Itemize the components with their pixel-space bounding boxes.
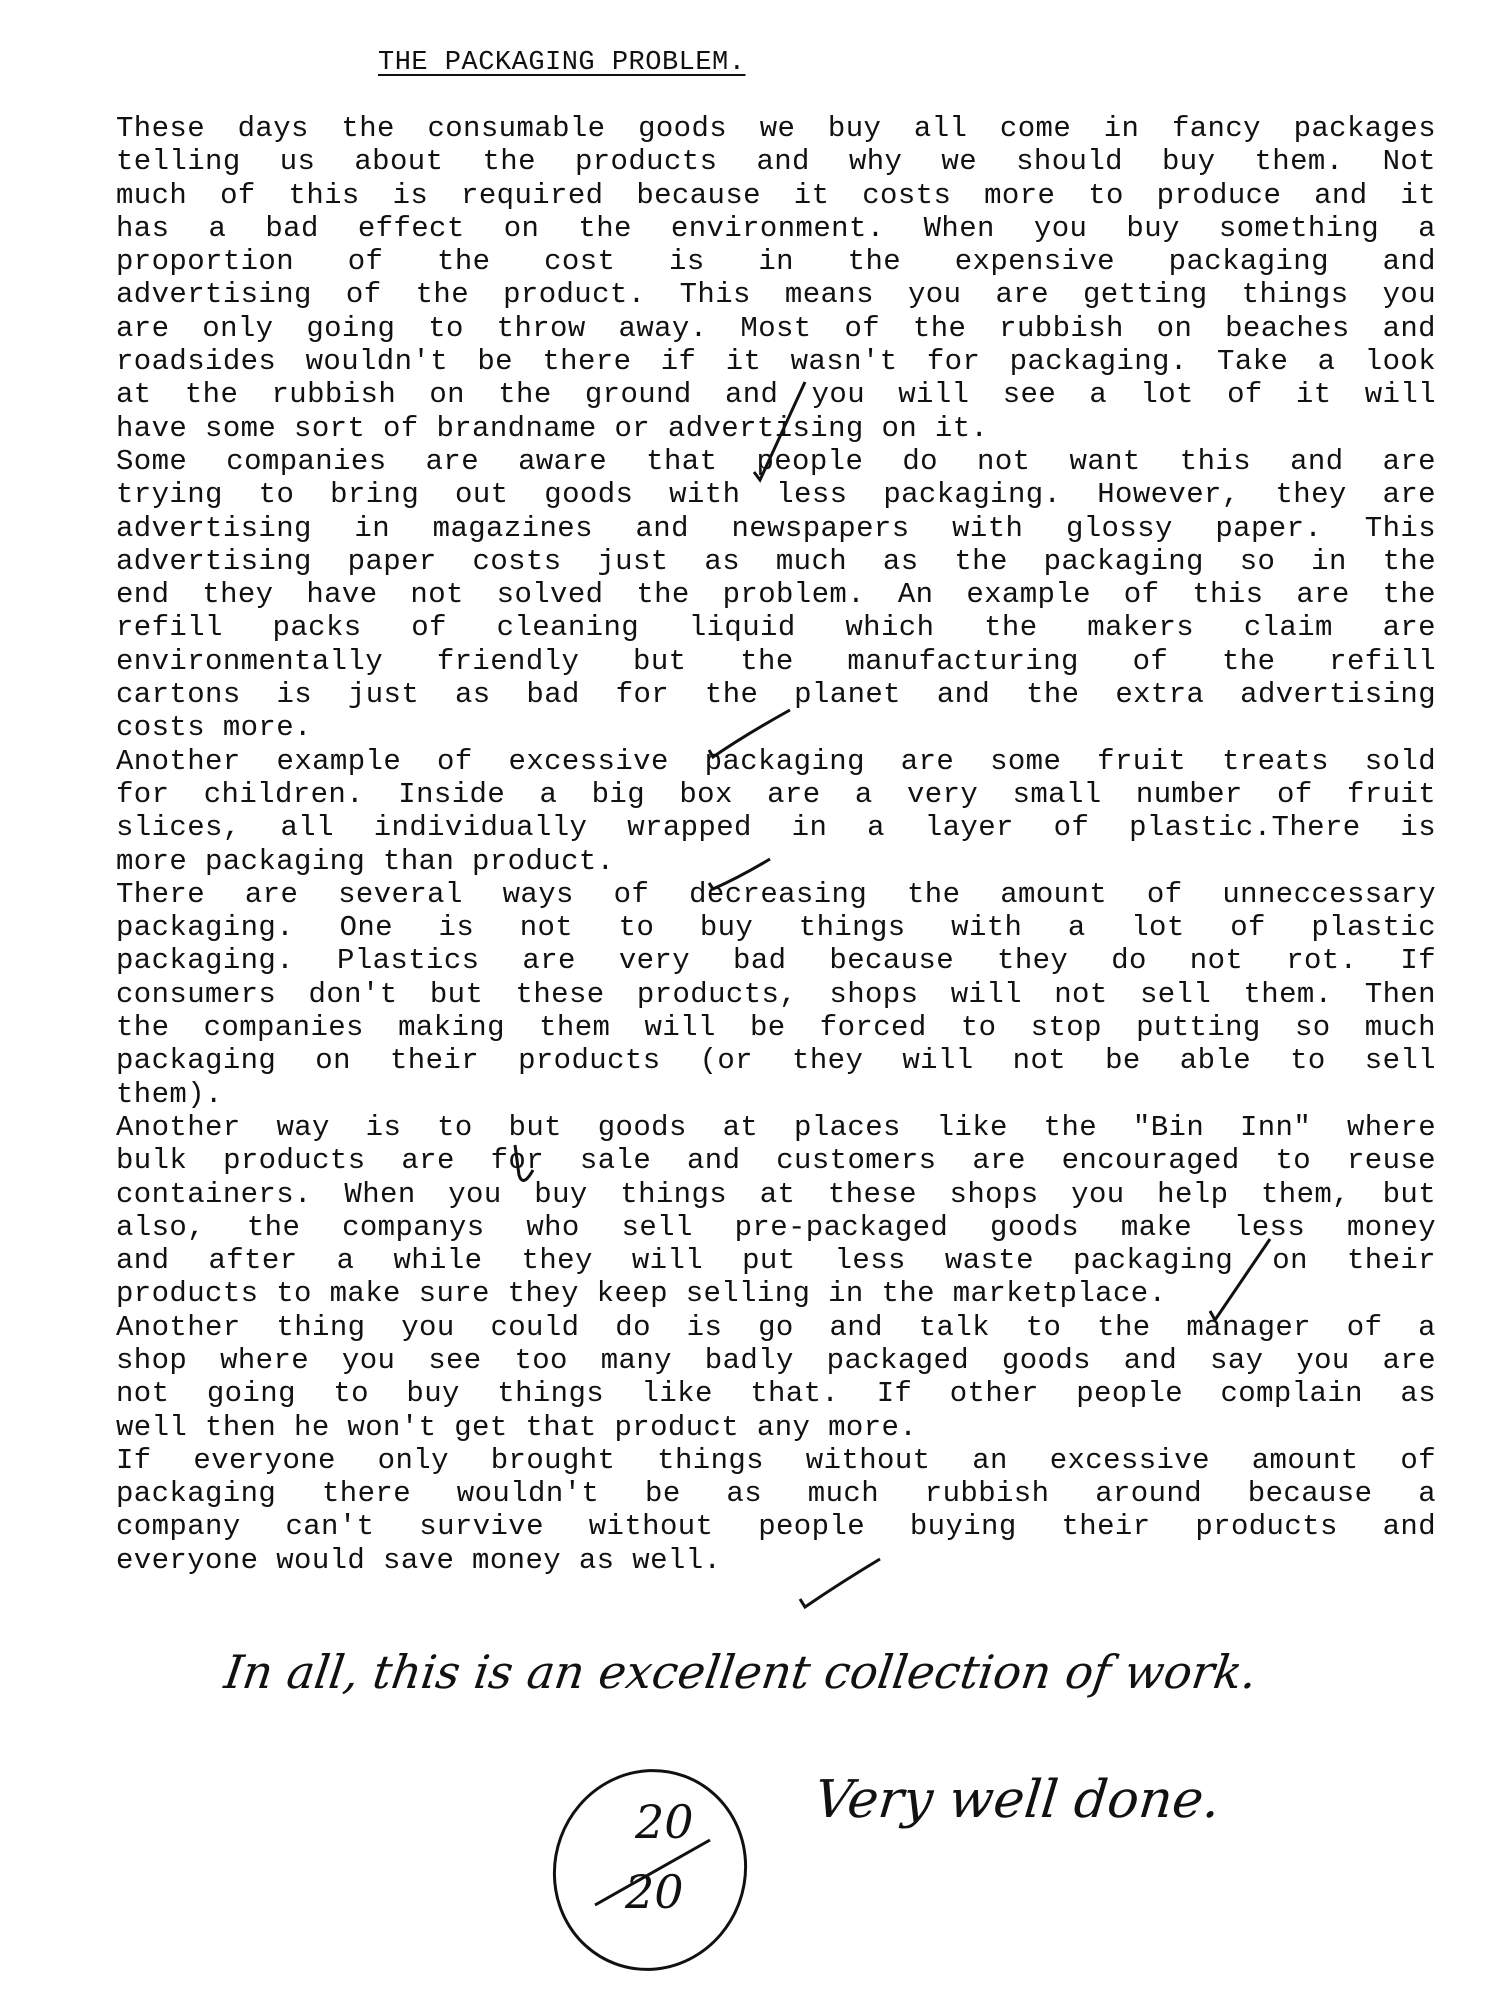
text-line: environmentally friendly but the manufac… bbox=[116, 645, 1436, 678]
correction-tick-icon bbox=[705, 705, 795, 765]
text-line: roadsides wouldn't be there if it wasn't… bbox=[116, 345, 1436, 378]
text-line: are only going to throw away. Most of th… bbox=[116, 312, 1436, 345]
text-line: proportion of the cost is in the expensi… bbox=[116, 245, 1436, 278]
text-line: There are several ways of decreasing the… bbox=[116, 878, 1436, 911]
text-line: them). bbox=[116, 1078, 1436, 1111]
text-line: well then he won't get that product any … bbox=[116, 1411, 1436, 1444]
text-line: packaging on their products (or they wil… bbox=[116, 1044, 1436, 1077]
text-line: These days the consumable goods we buy a… bbox=[116, 112, 1436, 145]
text-line: consumers don't but these products, shop… bbox=[116, 978, 1436, 1011]
text-line: much of this is required because it cost… bbox=[116, 179, 1436, 212]
grade-total: 20 bbox=[625, 1865, 684, 1919]
text-line: company can't survive without people buy… bbox=[116, 1510, 1436, 1543]
text-line: for children. Inside a big box are a ver… bbox=[116, 778, 1436, 811]
text-line: advertising in magazines and newspapers … bbox=[116, 512, 1436, 545]
text-line: packaging. Plastics are very bad because… bbox=[116, 944, 1436, 977]
grade-circle: 20 20 bbox=[540, 1755, 780, 1975]
text-line: packaging there wouldn't be as much rubb… bbox=[116, 1477, 1436, 1510]
text-line: advertising of the product. This means y… bbox=[116, 278, 1436, 311]
text-line: shop where you see too many badly packag… bbox=[116, 1344, 1436, 1377]
text-line: slices, all individually wrapped in a la… bbox=[116, 811, 1436, 844]
text-line: packaging. One is not to buy things with… bbox=[116, 911, 1436, 944]
essay-body: These days the consumable goods we buy a… bbox=[116, 112, 1436, 1577]
correction-tick-icon bbox=[1205, 1235, 1275, 1325]
text-line: more packaging than product. bbox=[116, 845, 1436, 878]
correction-tick-icon bbox=[505, 1140, 545, 1200]
grade-score: 20 bbox=[635, 1795, 694, 1849]
correction-tick-icon bbox=[705, 855, 775, 895]
text-line: containers. When you buy things at these… bbox=[116, 1178, 1436, 1211]
text-line: telling us about the products and why we… bbox=[116, 145, 1436, 178]
document-title: THE PACKAGING PROBLEM. bbox=[378, 48, 745, 78]
text-line: has a bad effect on the environment. Whe… bbox=[116, 212, 1436, 245]
correction-tick-icon bbox=[795, 1555, 885, 1615]
text-line: the companies making them will be forced… bbox=[116, 1011, 1436, 1044]
text-line: refill packs of cleaning liquid which th… bbox=[116, 611, 1436, 644]
teacher-praise: Very well done. bbox=[812, 1770, 1223, 1830]
correction-tick-icon bbox=[750, 380, 810, 490]
text-line: advertising paper costs just as much as … bbox=[116, 545, 1436, 578]
text-line: If everyone only brought things without … bbox=[116, 1444, 1436, 1477]
text-line: everyone would save money as well. bbox=[116, 1544, 1436, 1577]
text-line: not going to buy things like that. If ot… bbox=[116, 1377, 1436, 1410]
teacher-comment: In all, this is an excellent collection … bbox=[221, 1645, 1260, 1699]
text-line: Another way is to but goods at places li… bbox=[116, 1111, 1436, 1144]
text-line: bulk products are for sale and customers… bbox=[116, 1144, 1436, 1177]
text-line: end they have not solved the problem. An… bbox=[116, 578, 1436, 611]
